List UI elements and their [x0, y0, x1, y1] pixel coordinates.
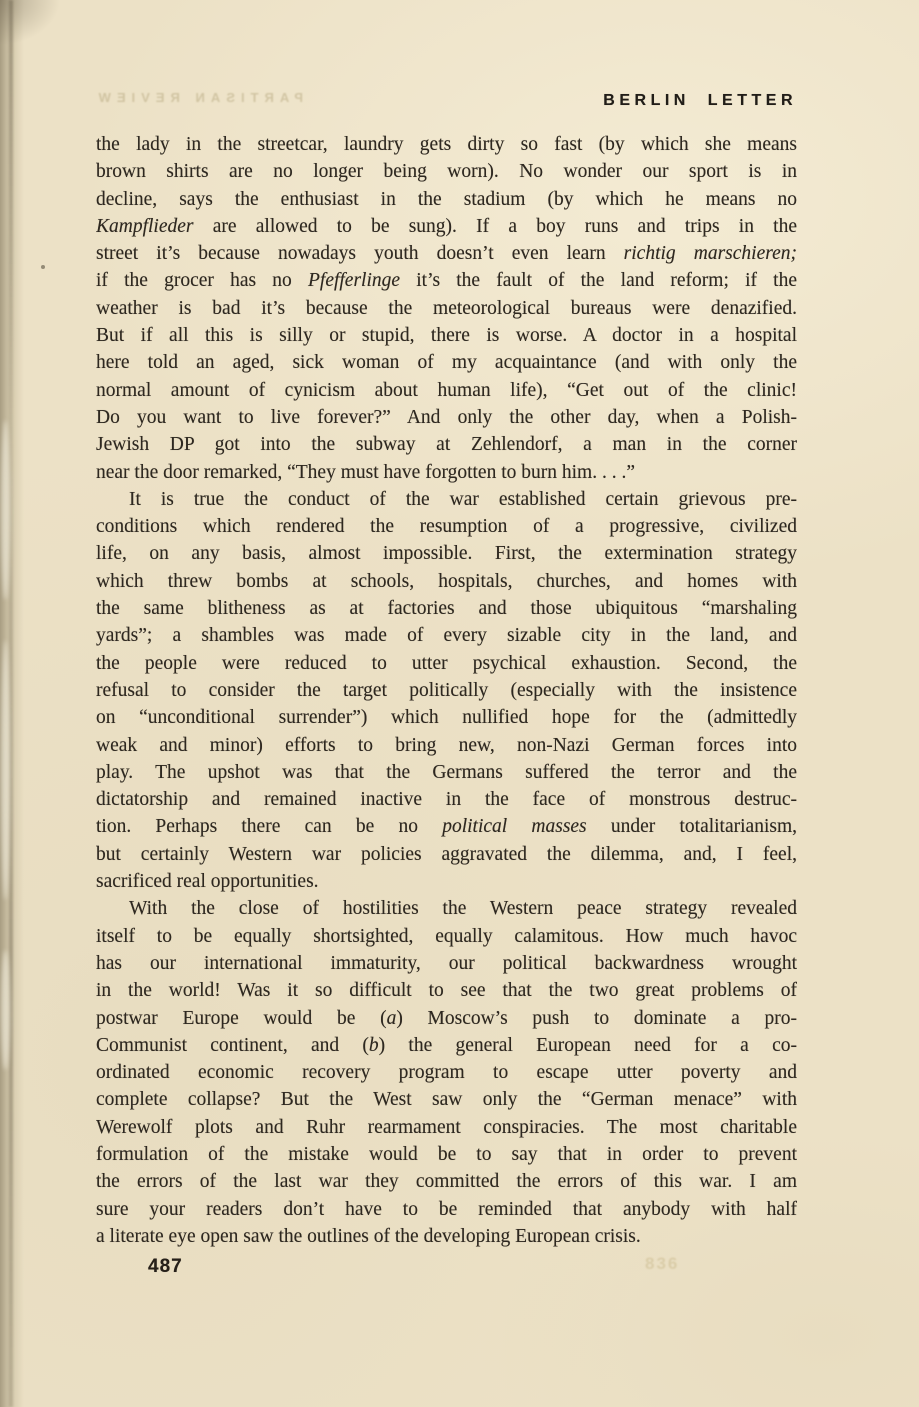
text-line: the people were reduced to utter psychic… [96, 650, 797, 677]
binding-edge-highlight [1, 420, 10, 600]
text-line: weak and minor) efforts to bring new, no… [96, 732, 797, 759]
text-segment: the people were reduced to utter psychic… [96, 653, 797, 674]
text-line: weather is bad it’s because the meteorol… [96, 295, 797, 322]
text-line: complete collapse? But the West saw only… [96, 1086, 797, 1113]
binding-edge-crease [9, 0, 13, 1407]
text-block: the lady in the streetcar, laundry gets … [96, 131, 797, 1250]
text-segment: itself to be equally shortsighted, equal… [96, 926, 797, 947]
text-line: brown shirts are no longer being worn). … [96, 158, 797, 185]
text-segment: are allowed to be sung). If a boy runs a… [194, 216, 798, 237]
text-line: sure your readers don’t have to be remin… [96, 1196, 797, 1223]
text-segment: here told an aged, sick woman of my acqu… [96, 352, 797, 373]
text-line: normal amount of cynicism about human li… [96, 377, 797, 404]
scanned-book-page: PARTISAN REVIEW BERLIN LETTER the lady i… [0, 0, 919, 1407]
text-line: But if all this is silly or stupid, ther… [96, 322, 797, 349]
text-line: itself to be equally shortsighted, equal… [96, 923, 797, 950]
text-line: It is true the conduct of the war establ… [96, 486, 797, 513]
text-segment: under totalitarianism, [587, 816, 797, 837]
text-line: a literate eye open saw the outlines of … [96, 1223, 797, 1250]
text-line: the lady in the streetcar, laundry gets … [96, 131, 797, 158]
text-segment: complete collapse? But the West saw only… [96, 1089, 797, 1110]
text-segment: if the grocer has no [96, 270, 308, 291]
text-segment: play. The upshot was that the Germans su… [96, 762, 797, 783]
text-segment: in the world! Was it so difficult to see… [96, 980, 797, 1001]
text-line: Kampflieder are allowed to be sung). If … [96, 213, 797, 240]
text-segment: a literate eye open saw the outlines of … [96, 1226, 641, 1247]
text-line: has our international immaturity, our po… [96, 950, 797, 977]
text-line: on “unconditional surrender”) which null… [96, 704, 797, 731]
text-segment: life, on any basis, almost impossible. F… [96, 543, 797, 564]
text-segment: it’s the fault of the land reform; if th… [400, 270, 797, 291]
text-segment: Communist continent, and ( [96, 1035, 369, 1056]
text-line: Werewolf plots and Ruhr rearmament consp… [96, 1114, 797, 1141]
text-segment: But if all this is silly or stupid, ther… [96, 325, 797, 346]
text-line: ordinated economic recovery program to e… [96, 1059, 797, 1086]
text-segment: postwar Europe would be ( [96, 1008, 387, 1029]
text-segment: refusal to consider the target political… [96, 680, 797, 701]
text-line: Do you want to live forever?” And only t… [96, 404, 797, 431]
text-line: sacrificed real opportunities. [96, 868, 797, 895]
text-line: With the close of hostilities the Wester… [96, 895, 797, 922]
text-line: Jewish DP got into the subway at Zehlend… [96, 431, 797, 458]
text-line: street it’s because nowadays youth doesn… [96, 240, 797, 267]
text-line: postwar Europe would be (a) Moscow’s pus… [96, 1005, 797, 1032]
text-segment: ordinated economic recovery program to e… [96, 1062, 797, 1083]
running-header: BERLIN LETTER [603, 92, 797, 110]
italic-text: political masses [442, 816, 586, 837]
text-segment: Jewish DP got into the subway at Zehlend… [96, 434, 797, 455]
text-segment: sacrificed real opportunities. [96, 871, 319, 892]
text-line: dictatorship and remained inactive in th… [96, 786, 797, 813]
binding-edge-highlight [1, 640, 10, 900]
text-line: yards”; a shambles was made of every siz… [96, 622, 797, 649]
text-segment: ) Moscow’s push to dominate a pro- [396, 1008, 797, 1029]
text-segment: tion. Perhaps there can be no [96, 816, 442, 837]
italic-text: b [369, 1035, 379, 1056]
text-line: the same blitheness as at factories and … [96, 595, 797, 622]
text-line: Communist continent, and (b) the general… [96, 1032, 797, 1059]
text-segment: but certainly Western war policies aggra… [96, 844, 797, 865]
binding-edge-highlight [1, 950, 10, 1070]
text-segment: brown shirts are no longer being worn). … [96, 161, 797, 182]
text-segment: the errors of the last war they committe… [96, 1171, 797, 1192]
text-line: the errors of the last war they committe… [96, 1168, 797, 1195]
text-segment: With the close of hostilities the Wester… [129, 898, 797, 919]
text-line: formulation of the mistake would be to s… [96, 1141, 797, 1168]
text-segment: weak and minor) efforts to bring new, no… [96, 735, 797, 756]
text-segment: formulation of the mistake would be to s… [96, 1144, 797, 1165]
text-line: life, on any basis, almost impossible. F… [96, 540, 797, 567]
text-segment: dictatorship and remained inactive in th… [96, 789, 797, 810]
italic-text: Kampflieder [96, 216, 194, 237]
text-segment: Do you want to live forever?” And only t… [96, 407, 797, 428]
text-segment: yards”; a shambles was made of every siz… [96, 625, 797, 646]
text-segment: normal amount of cynicism about human li… [96, 380, 797, 401]
text-line: refusal to consider the target political… [96, 677, 797, 704]
text-segment: It is true the conduct of the war establ… [129, 489, 797, 510]
text-segment: which threw bombs at schools, hospitals,… [96, 571, 797, 592]
text-line: in the world! Was it so difficult to see… [96, 977, 797, 1004]
text-line: tion. Perhaps there can be no political … [96, 813, 797, 840]
text-segment: weather is bad it’s because the meteorol… [96, 298, 797, 319]
text-line: which threw bombs at schools, hospitals,… [96, 568, 797, 595]
text-segment: has our international immaturity, our po… [96, 953, 797, 974]
text-line: near the door remarked, “They must have … [96, 459, 797, 486]
text-segment: the lady in the streetcar, laundry gets … [96, 134, 797, 155]
text-line: play. The upshot was that the Germans su… [96, 759, 797, 786]
text-segment: street it’s because nowadays youth doesn… [96, 243, 624, 264]
text-line: here told an aged, sick woman of my acqu… [96, 349, 797, 376]
text-segment: the same blitheness as at factories and … [96, 598, 797, 619]
italic-text: richtig marschieren; [624, 243, 797, 264]
text-line: decline, says the enthusiast in the stad… [96, 186, 797, 213]
page-number: 487 [148, 1256, 183, 1278]
italic-text: a [387, 1008, 397, 1029]
italic-text: Pfefferlinge [308, 270, 400, 291]
text-segment: ) the general European need for a co- [379, 1035, 797, 1056]
text-segment: sure your readers don’t have to be remin… [96, 1199, 797, 1220]
text-segment: near the door remarked, “They must have … [96, 462, 635, 483]
corner-shadow [0, 0, 90, 70]
text-segment: conditions which rendered the resumption… [96, 516, 797, 537]
text-line: conditions which rendered the resumption… [96, 513, 797, 540]
text-line: but certainly Western war policies aggra… [96, 841, 797, 868]
text-segment: Werewolf plots and Ruhr rearmament consp… [96, 1117, 797, 1138]
text-segment: on “unconditional surrender”) which null… [96, 707, 797, 728]
bleed-through-ghost-header: PARTISAN REVIEW [95, 90, 303, 105]
bleed-through-ghost-footer: 836 [645, 1254, 679, 1274]
paper-speck [41, 265, 45, 269]
text-segment: decline, says the enthusiast in the stad… [96, 189, 797, 210]
text-line: if the grocer has no Pfefferlinge it’s t… [96, 267, 797, 294]
